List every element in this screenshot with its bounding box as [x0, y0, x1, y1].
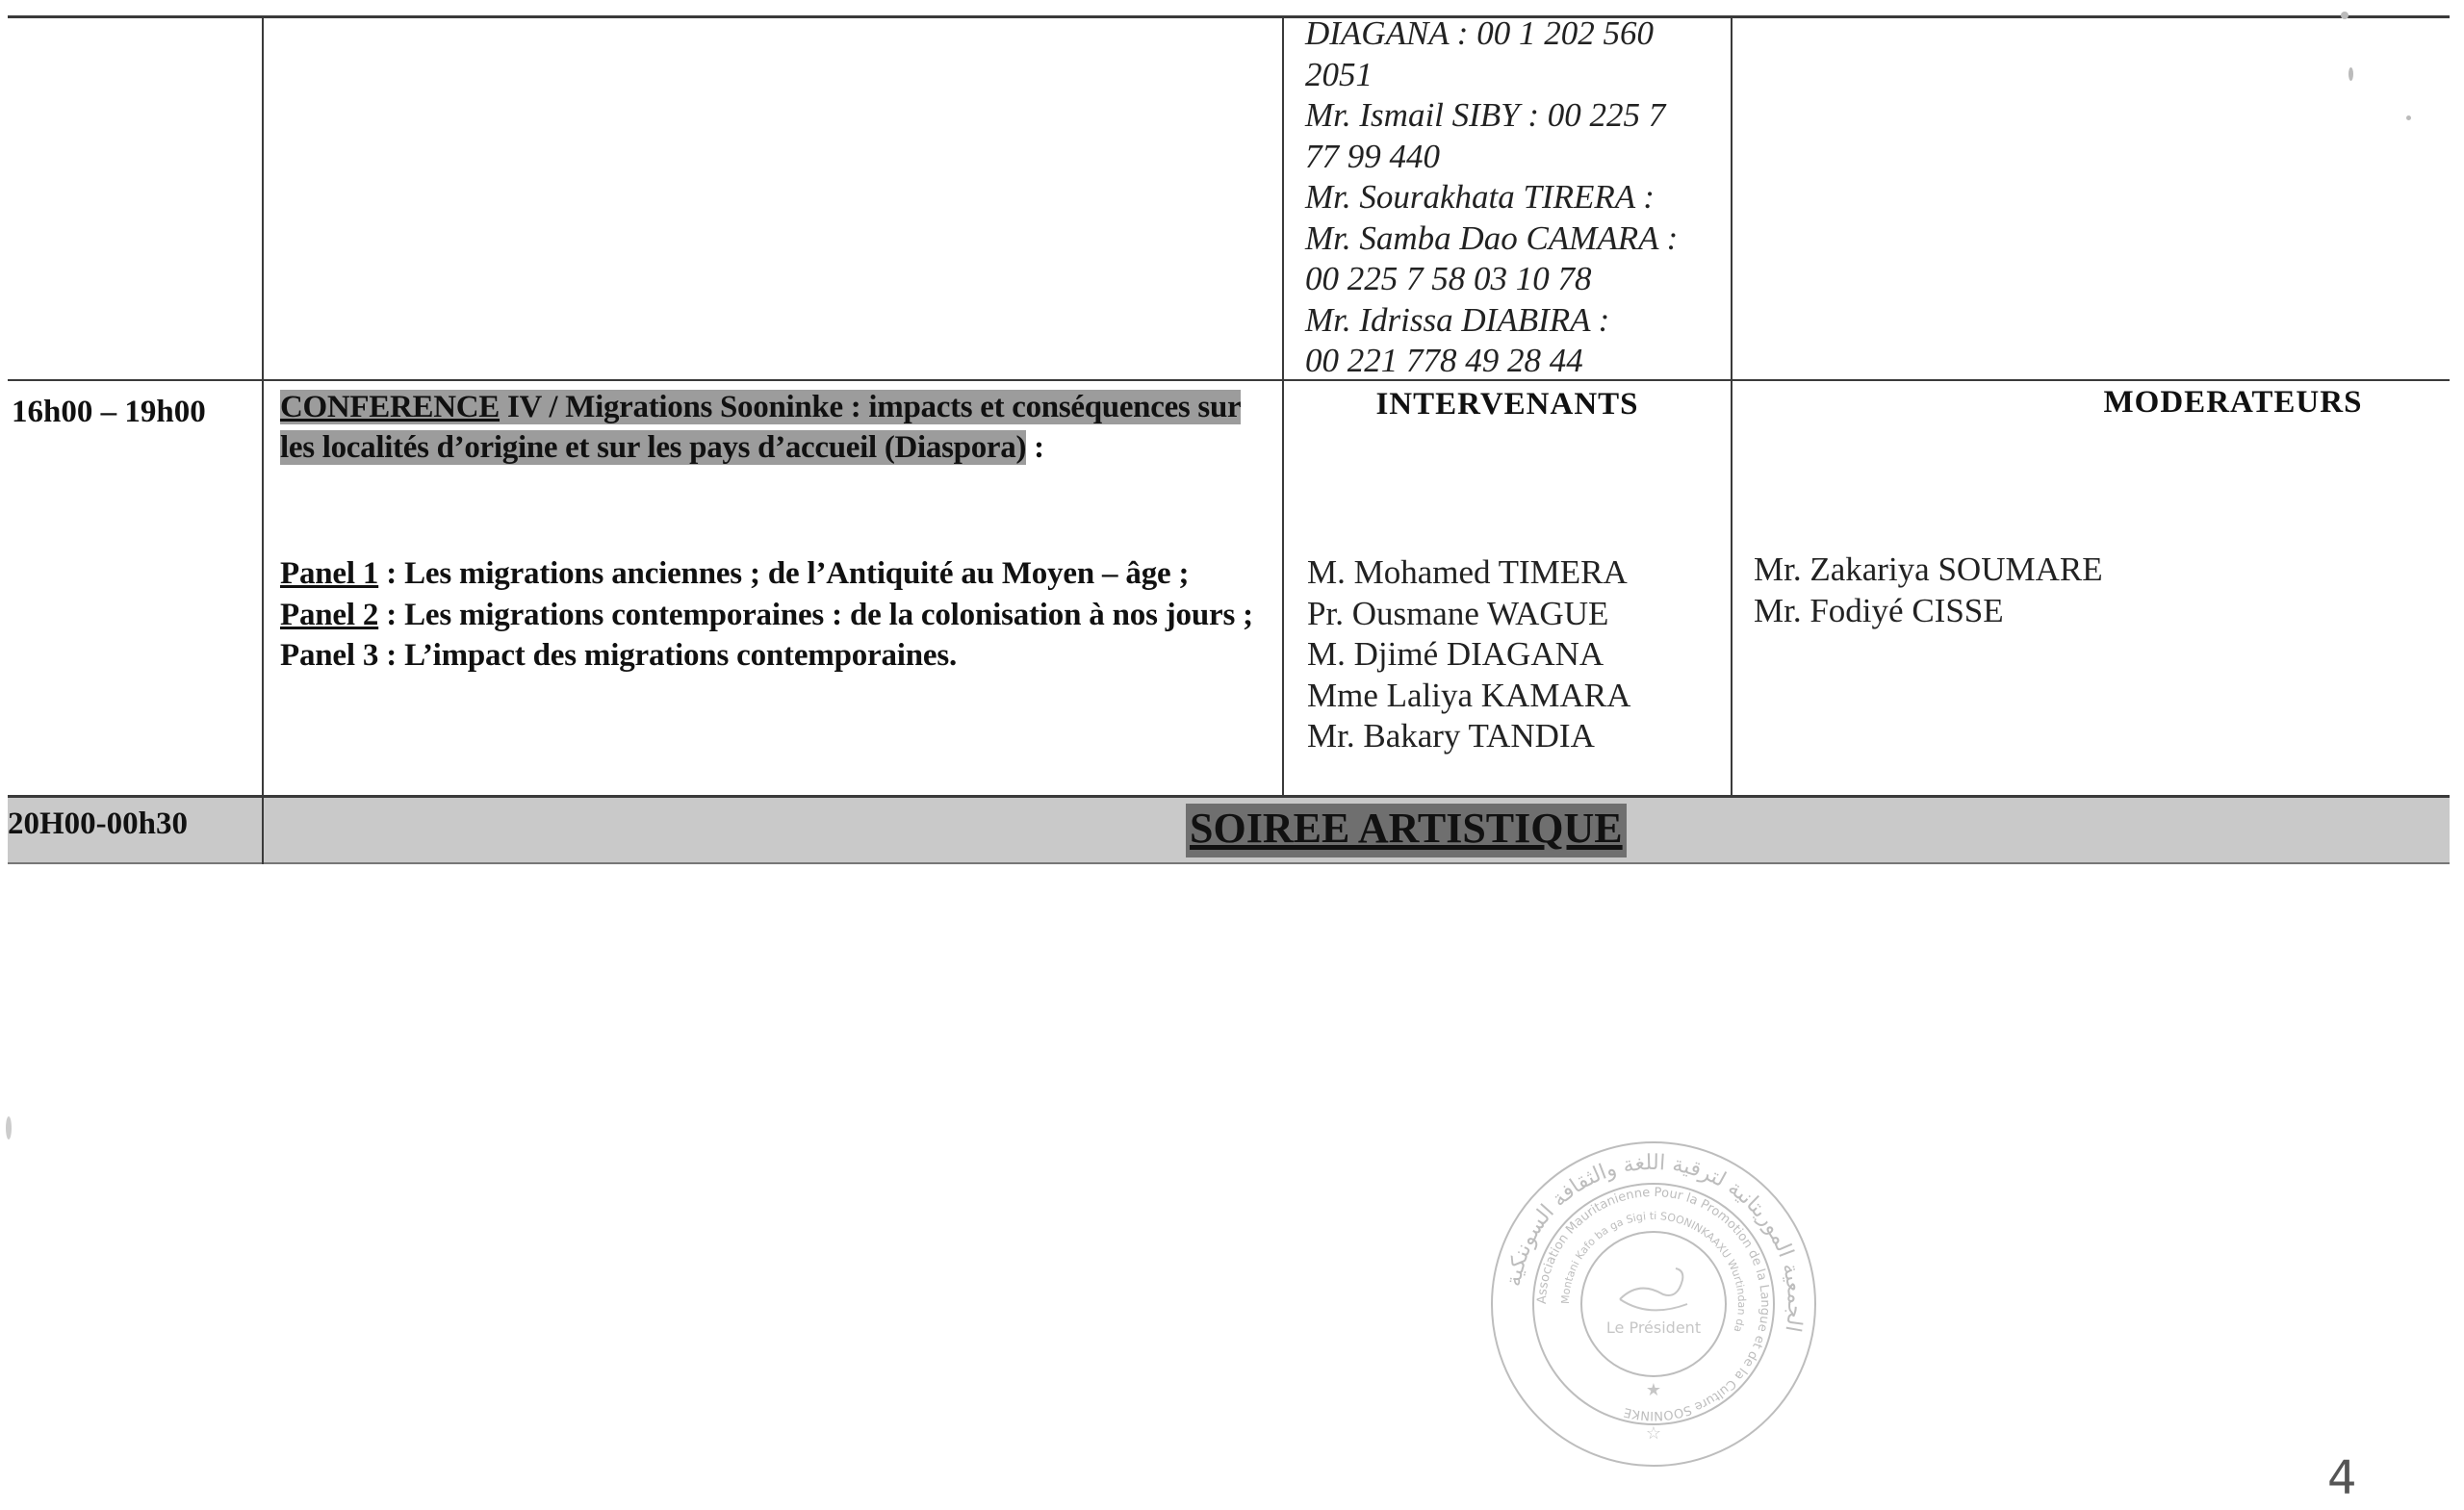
intervenant: Mme Laliya KAMARA [1307, 676, 1731, 717]
swan-icon [1620, 1268, 1687, 1310]
star-icon: ★ [1646, 1380, 1661, 1399]
intervenant: M. Mohamed TIMERA [1307, 552, 1731, 594]
contact-line: 77 99 440 [1305, 137, 1729, 178]
intervenant: Pr. Ousmane WAGUE [1307, 594, 1731, 635]
moderateur: Mr. Fodiyé CISSE [1754, 591, 2427, 632]
stamp-center-text: Le Président [1606, 1318, 1701, 1337]
panel-label: Panel 2 [280, 598, 378, 632]
intervenants-list: M. Mohamed TIMERA Pr. Ousmane WAGUE M. D… [1307, 552, 1731, 757]
conference-title-suffix: : [1026, 430, 1044, 465]
column-divider-1 [262, 16, 264, 864]
scan-speck [2406, 115, 2411, 120]
stamp-seal-icon: الجمعية الموريتانية لترقية اللغة والثقاف… [1485, 1136, 1822, 1472]
panel-item: Panel 1 : Les migrations anciennes ; de … [280, 553, 1281, 595]
row-divider-soiree-bottom [8, 862, 2450, 864]
panel-text: : Les migrations anciennes ; de l’Antiqu… [378, 556, 1189, 591]
contact-line: 2051 [1305, 55, 1729, 96]
contact-list: DIAGANA : 00 1 202 560 2051 Mr. Ismail S… [1305, 13, 1729, 382]
scan-speck [2348, 67, 2353, 81]
stamp-inner-text: Montani Kafo ba ga Sigi ti SOONINKAAXU W… [1559, 1210, 1748, 1334]
svg-text:Montani Kafo ba ga Sigi ti SOO: Montani Kafo ba ga Sigi ti SOONINKAAXU W… [1559, 1210, 1748, 1334]
panel-label: Panel 1 [280, 556, 378, 591]
row-divider-soiree-top [8, 795, 2450, 798]
contact-line: Mr. Samba Dao CAMARA : [1305, 218, 1729, 260]
intervenant: M. Djimé DIAGANA [1307, 634, 1731, 676]
row-divider-conference [8, 379, 2450, 381]
soiree-column-divider [262, 795, 264, 864]
panel-item: Panel 3 : L’impact des migrations contem… [280, 635, 1281, 677]
moderateurs-header: MODERATEURS [2040, 385, 2425, 421]
soiree-label: SOIREE ARTISTIQUE [1186, 804, 1627, 857]
star-icon: ☆ [1646, 1423, 1661, 1443]
contact-line: 00 225 7 58 03 10 78 [1305, 259, 1729, 300]
contact-line: Mr. Idrissa DIABIRA : [1305, 300, 1729, 342]
conference-label: CONFERENCE [280, 390, 500, 424]
contact-line: DIAGANA : 00 1 202 560 [1305, 13, 1729, 55]
soiree-time: 20H00-00h30 [8, 806, 188, 842]
conference-time: 16h00 – 19h00 [12, 395, 206, 430]
column-divider-3 [1731, 16, 1732, 797]
panel-list: Panel 1 : Les migrations anciennes ; de … [280, 553, 1281, 677]
panel-text: : L’impact des migrations contemporaines… [378, 638, 957, 673]
page-number: 4 [2327, 1451, 2357, 1505]
contact-line: Mr. Sourakhata TIRERA : [1305, 177, 1729, 218]
association-stamp: الجمعية الموريتانية لترقية اللغة والثقاف… [1485, 1136, 1822, 1472]
contact-line: 00 221 778 49 28 44 [1305, 341, 1729, 382]
panel-text: : Les migrations contemporaines : de la … [378, 598, 1253, 632]
intervenants-header: INTERVENANTS [1284, 387, 1731, 422]
scan-speck [2341, 12, 2348, 19]
panel-label: Panel 3 [280, 638, 378, 673]
scan-speck [6, 1116, 12, 1139]
table-top-border [8, 15, 2450, 18]
moderateurs-list: Mr. Zakariya SOUMARE Mr. Fodiyé CISSE [1754, 550, 2427, 631]
intervenant: Mr. Bakary TANDIA [1307, 716, 1731, 757]
contact-line: Mr. Ismail SIBY : 00 225 7 [1305, 95, 1729, 137]
panel-item: Panel 2 : Les migrations contemporaines … [280, 595, 1281, 636]
moderateur: Mr. Zakariya SOUMARE [1754, 550, 2427, 591]
conference-title: CONFERENCE IV / Migrations Sooninke : im… [280, 387, 1281, 468]
